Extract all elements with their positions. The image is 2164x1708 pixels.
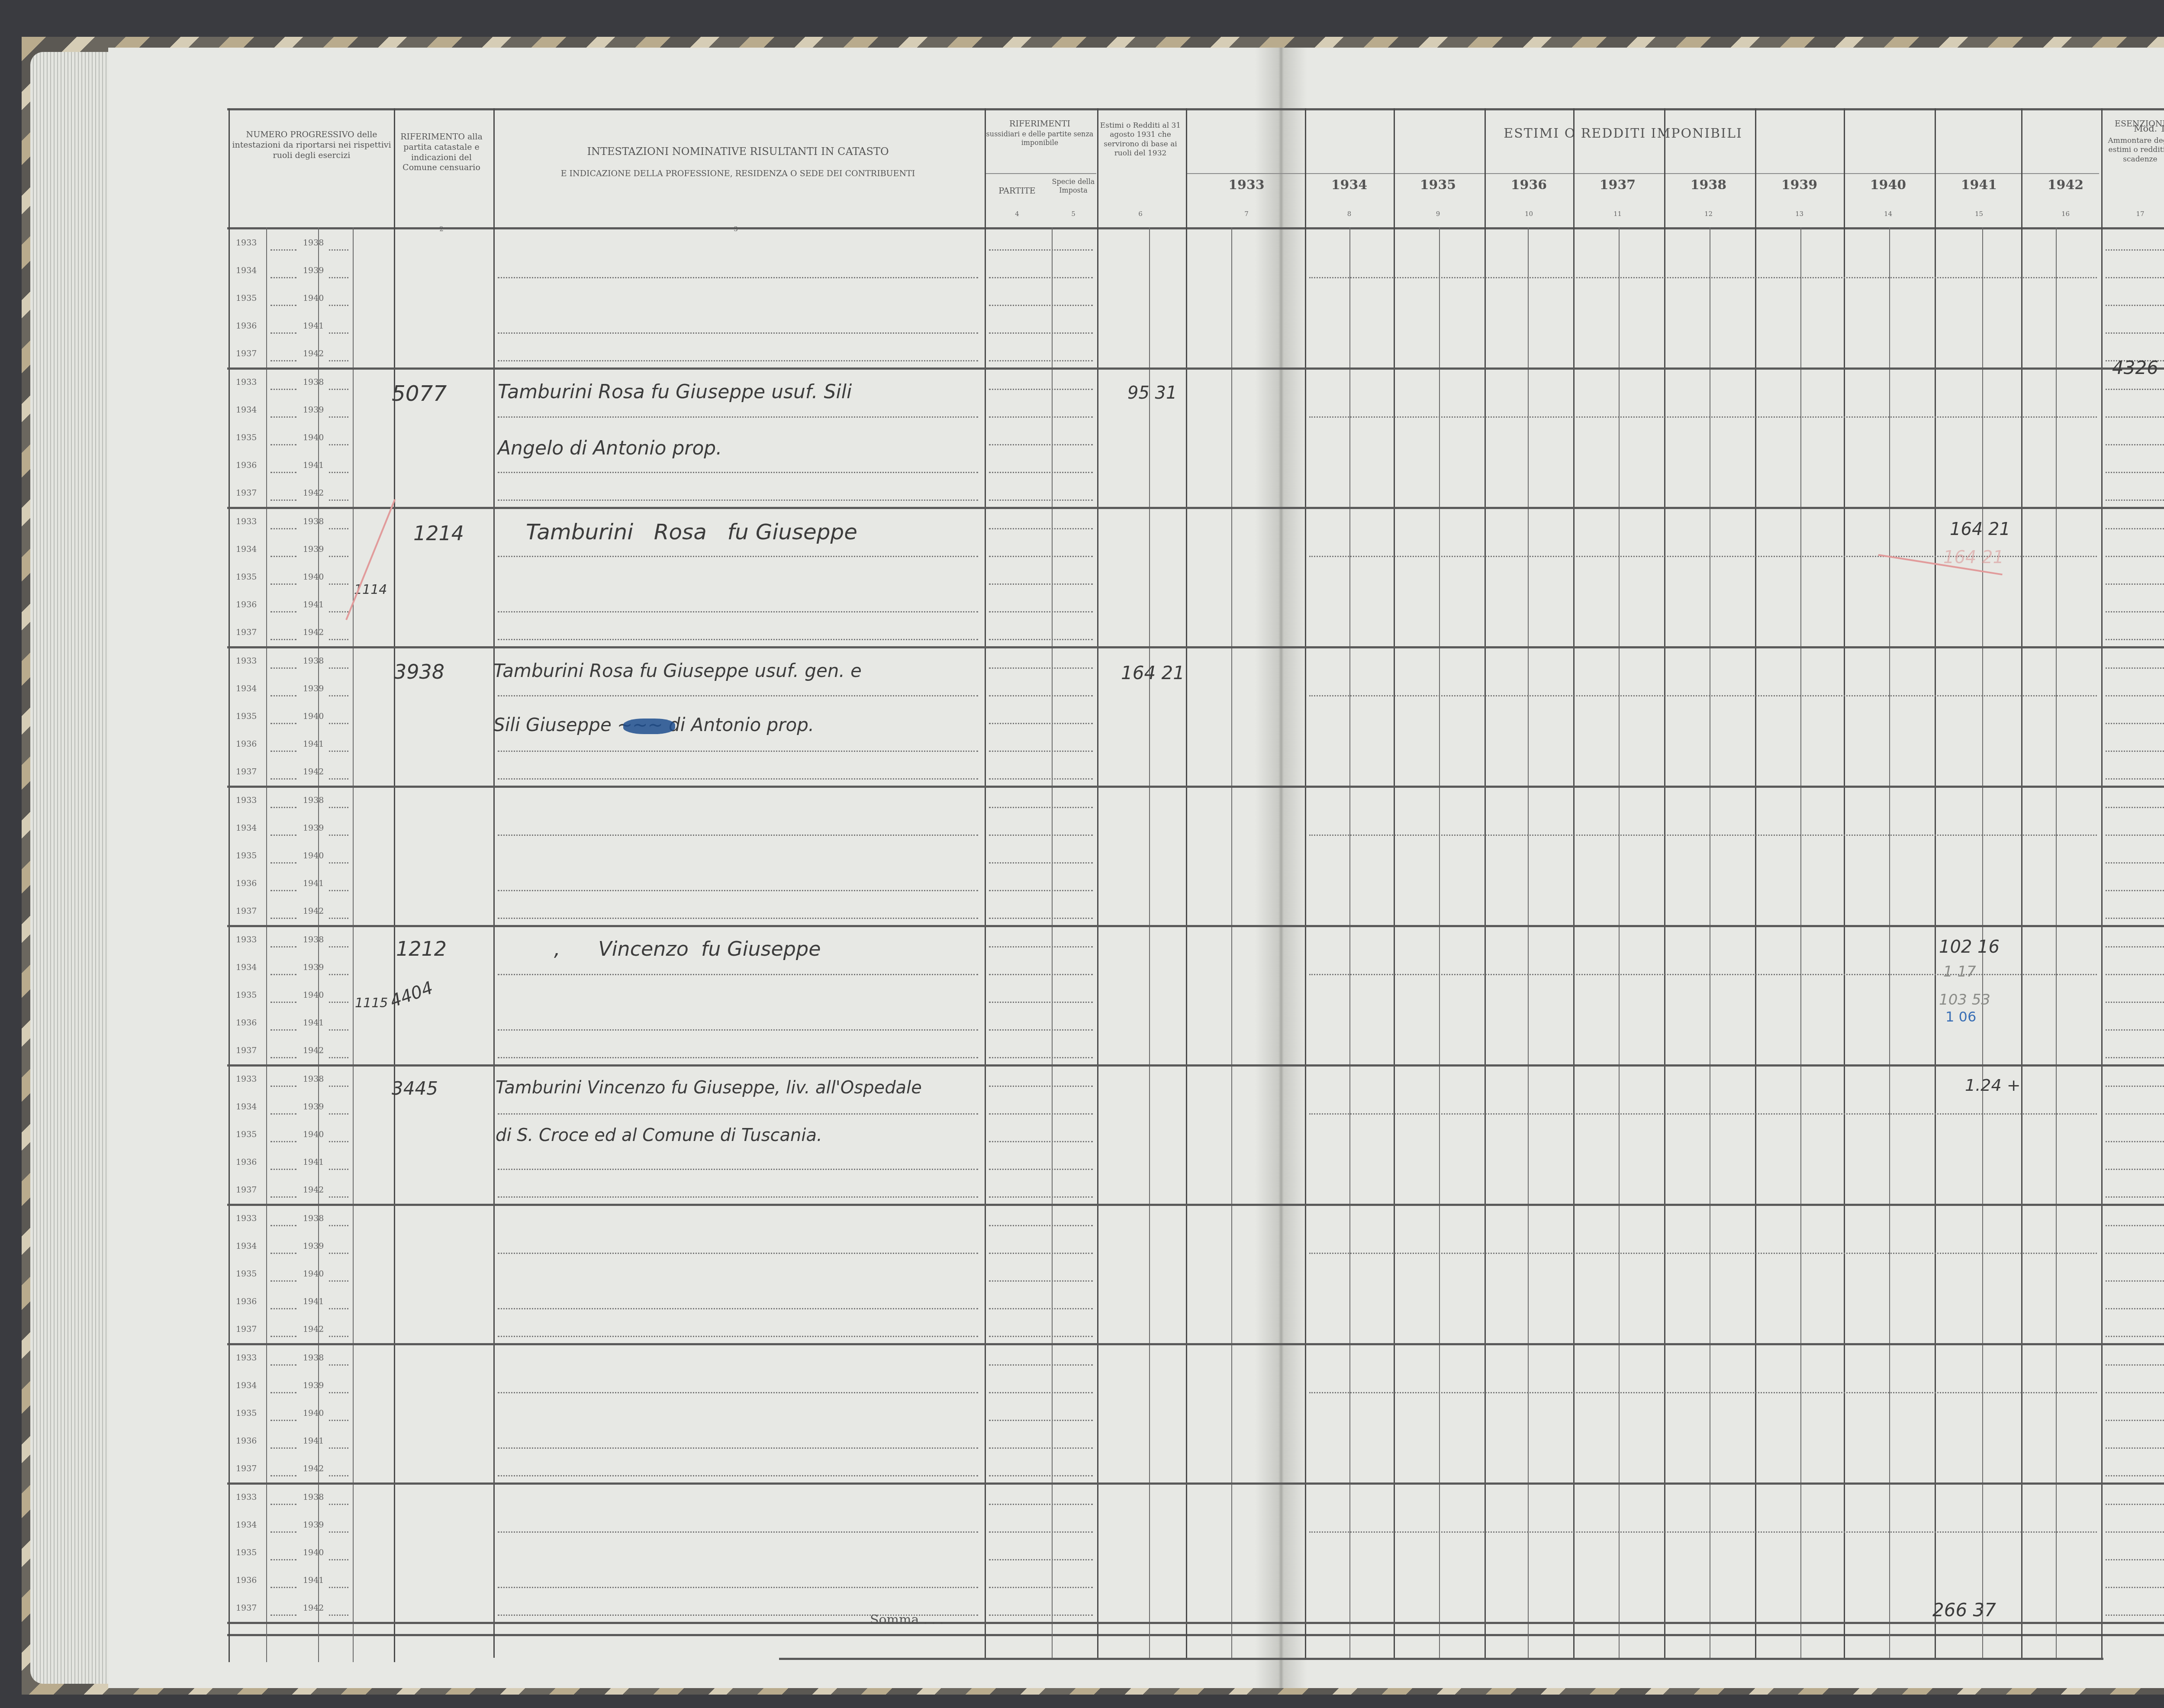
- dotted-leader: [270, 249, 296, 251]
- esenzioni-leader: [2106, 723, 2164, 724]
- column-rule: [1755, 108, 1756, 1658]
- esenzioni-leader: [2106, 1615, 2164, 1616]
- year-label-left: 1937: [236, 1046, 257, 1055]
- year-label-right: 1938: [303, 656, 324, 666]
- dotted-leader: [329, 1169, 348, 1170]
- year-label-left: 1933: [236, 1353, 257, 1363]
- dotted-leader: [270, 500, 296, 501]
- dotted-leader: [329, 1280, 348, 1282]
- partite-leader: [989, 528, 1093, 529]
- header-riferimento: RIFERIMENTO alla partita catastale e ind…: [396, 132, 487, 173]
- register-table: NUMERO PROGRESSIVO delle intestazioni da…: [0, 0, 2164, 1708]
- year-header-1938: 1938: [1666, 177, 1751, 193]
- dotted-leader: [270, 360, 296, 361]
- dotted-leader: [329, 667, 348, 669]
- year-label-left: 1933: [236, 796, 257, 805]
- partite-leader: [989, 472, 1093, 473]
- name-line: [498, 500, 978, 501]
- header-estimi-imponibili: ESTIMI O REDDITI IMPONIBILI: [1428, 126, 1818, 142]
- name-line: [498, 974, 978, 975]
- amount-leader: [1309, 695, 2097, 696]
- header-estimi-1931: Estimi o Redditi al 31 agosto 1931 che s…: [1097, 121, 1184, 158]
- year-header-1936: 1936: [1487, 177, 1571, 193]
- year-label-left: 1935: [236, 1269, 257, 1279]
- partite-leader: [989, 946, 1093, 947]
- dotted-leader: [270, 890, 296, 891]
- header-esenzioni: ESENZIONI: [2101, 119, 2164, 129]
- year-header-1941: 1941: [1937, 177, 2021, 193]
- year-label-left: 1936: [236, 879, 257, 888]
- esenzioni-leader: [2106, 1308, 2164, 1309]
- year-label-right: 1940: [303, 1548, 324, 1557]
- entry-6-name: , Vincenzo fu Giuseppe: [554, 937, 821, 960]
- name-line: [498, 751, 978, 752]
- dotted-leader: [329, 1002, 348, 1003]
- year-label-left: 1933: [236, 1214, 257, 1223]
- year-label-left: 1937: [236, 906, 257, 916]
- name-line: [498, 1587, 978, 1588]
- esenzioni-leader: [2106, 1336, 2164, 1337]
- name-line: [498, 1169, 978, 1170]
- esenzioni-leader: [2106, 472, 2164, 473]
- column-rule: [1394, 108, 1395, 1658]
- dotted-leader: [329, 835, 348, 836]
- year-label-right: 1941: [303, 461, 324, 470]
- dotted-leader: [270, 277, 296, 278]
- year-label-right: 1938: [303, 517, 324, 526]
- esenzioni-leader: [2106, 444, 2164, 445]
- dotted-leader: [329, 1113, 348, 1115]
- entry-7-name-line2: di S. Croce ed al Comune di Tuscania.: [496, 1125, 822, 1145]
- dotted-leader: [270, 639, 296, 640]
- partite-leader: [989, 667, 1093, 669]
- partite-leader: [989, 1308, 1093, 1309]
- colnum-4: 4: [1008, 210, 1026, 218]
- year-label-left: 1934: [236, 266, 257, 275]
- year-label-left: 1933: [236, 935, 257, 944]
- esenzioni-leader: [2106, 1392, 2164, 1393]
- year-label-right: 1941: [303, 879, 324, 888]
- partite-leader: [989, 1057, 1093, 1058]
- dotted-leader: [270, 444, 296, 445]
- riferimenti-split-rule: [986, 173, 1096, 174]
- partite-leader: [989, 1504, 1093, 1505]
- name-line: [498, 611, 978, 612]
- entry-7-rif: 3445: [392, 1078, 438, 1099]
- dotted-leader: [329, 249, 348, 251]
- dotted-leader: [270, 611, 296, 612]
- dotted-leader: [270, 1420, 296, 1421]
- year-label-right: 1939: [303, 545, 324, 554]
- year-label-left: 1937: [236, 349, 257, 358]
- dotted-leader: [270, 1113, 296, 1115]
- column-rule: [1097, 108, 1098, 1658]
- year-label-right: 1940: [303, 1130, 324, 1139]
- amount-leader: [1309, 1253, 2097, 1254]
- name-line: [498, 1531, 978, 1533]
- year-label-left: 1935: [236, 1548, 257, 1557]
- partite-leader: [989, 389, 1093, 390]
- year-label-left: 1937: [236, 1325, 257, 1334]
- name-line: [498, 1113, 978, 1115]
- year-label-right: 1938: [303, 935, 324, 944]
- header-numero-progressivo: NUMERO PROGRESSIVO delle intestazioni da…: [229, 130, 394, 161]
- name-line: [498, 695, 978, 696]
- dotted-leader: [329, 1531, 348, 1533]
- year-label-left: 1937: [236, 488, 257, 498]
- dotted-leader: [329, 974, 348, 975]
- year-label-right: 1942: [303, 628, 324, 637]
- partite-leader: [989, 807, 1093, 808]
- year-header-1935: 1935: [1396, 177, 1480, 193]
- esenzioni-leader: [2106, 332, 2164, 334]
- colnum-8: 8: [1307, 210, 1391, 218]
- esenzioni-leader: [2106, 751, 2164, 752]
- entry-2-name-line2: Angelo di Antonio prop.: [498, 437, 722, 459]
- header-intestazioni: INTESTAZIONI NOMINATIVE RISULTANTI IN CA…: [493, 145, 982, 158]
- somma-top-rule: [227, 1634, 2164, 1636]
- dotted-leader: [270, 1364, 296, 1366]
- year-label-left: 1933: [236, 1492, 257, 1502]
- year-label-left: 1936: [236, 739, 257, 749]
- partite-leader: [989, 1392, 1093, 1393]
- year-label-right: 1938: [303, 1492, 324, 1502]
- amount-leader: [1309, 1392, 2097, 1393]
- esenzioni-leader: [2106, 1531, 2164, 1533]
- year-label-left: 1935: [236, 712, 257, 721]
- year-label-right: 1939: [303, 266, 324, 275]
- dotted-leader: [270, 416, 296, 418]
- dotted-leader: [329, 1141, 348, 1142]
- entry-2-estimo-1932: 95 31: [1127, 383, 1177, 403]
- name-line: [498, 778, 978, 780]
- esenzioni-leader: [2106, 611, 2164, 612]
- partite-leader: [989, 444, 1093, 445]
- dotted-leader: [329, 946, 348, 947]
- dotted-leader: [270, 528, 296, 529]
- partite-leader: [989, 1086, 1093, 1087]
- year-label-right: 1942: [303, 1185, 324, 1195]
- colnum-6: 6: [1132, 210, 1149, 218]
- entry-2-name-line1: Tamburini Rosa fu Giuseppe usuf. Sili: [498, 381, 852, 403]
- year-label-left: 1937: [236, 1464, 257, 1473]
- year-label-right: 1938: [303, 1074, 324, 1084]
- esenzioni-leader: [2106, 1225, 2164, 1226]
- esenzioni-leader: [2106, 1420, 2164, 1421]
- entry-separator: [227, 1204, 2164, 1206]
- dotted-leader: [270, 305, 296, 306]
- partite-leader: [989, 416, 1093, 418]
- dotted-leader: [329, 1029, 348, 1031]
- column-rule: [493, 108, 495, 1658]
- partite-leader: [989, 277, 1093, 278]
- esenzioni-leader: [2106, 1196, 2164, 1198]
- esenzioni-leader: [2106, 1447, 2164, 1449]
- name-line: [498, 1308, 978, 1309]
- dotted-leader: [329, 1336, 348, 1337]
- partite-leader: [989, 778, 1093, 780]
- dotted-leader: [270, 1029, 296, 1031]
- year-label-right: 1939: [303, 405, 324, 415]
- dotted-leader: [329, 528, 348, 529]
- dotted-leader: [329, 1392, 348, 1393]
- esenzioni-leader: [2106, 1141, 2164, 1142]
- amount-leader: [1309, 1113, 2097, 1115]
- dotted-leader: [270, 918, 296, 919]
- dotted-leader: [270, 1141, 296, 1142]
- dotted-leader: [270, 1280, 296, 1282]
- year-label-left: 1936: [236, 1436, 257, 1446]
- year-label-right: 1941: [303, 1157, 324, 1167]
- name-line: [498, 1336, 978, 1337]
- year-label-left: 1934: [236, 1241, 257, 1251]
- name-line: [498, 416, 978, 418]
- dotted-leader: [270, 389, 296, 390]
- partite-leader: [989, 1615, 1093, 1616]
- year-label-right: 1938: [303, 796, 324, 805]
- entry-6-calc-2: 103 53: [1939, 991, 1990, 1009]
- esenzioni-leader: [2106, 1280, 2164, 1282]
- esenzioni-leader: [2106, 500, 2164, 501]
- dotted-leader: [270, 583, 296, 585]
- year-label-left: 1936: [236, 1157, 257, 1167]
- name-line: [498, 1475, 978, 1476]
- dotted-leader: [270, 723, 296, 724]
- year-label-right: 1941: [303, 1436, 324, 1446]
- esenzioni-leader: [2106, 1504, 2164, 1505]
- dotted-leader: [270, 1308, 296, 1309]
- colnum-9: 9: [1396, 210, 1480, 218]
- dotted-leader: [270, 332, 296, 334]
- esenzioni-leader: [2106, 583, 2164, 585]
- dotted-leader: [329, 416, 348, 418]
- year-label-left: 1936: [236, 461, 257, 470]
- esenzioni-leader: [2106, 807, 2164, 808]
- entry-4-rif: 3938: [394, 660, 444, 683]
- partite-leader: [989, 332, 1093, 334]
- partite-leader: [989, 1141, 1093, 1142]
- esenzioni-leader: [2106, 667, 2164, 669]
- dotted-leader: [329, 862, 348, 864]
- year-label-right: 1941: [303, 1018, 324, 1028]
- name-line: [498, 1196, 978, 1198]
- partite-leader: [989, 305, 1093, 306]
- year-label-left: 1933: [236, 238, 257, 248]
- year-label-left: 1933: [236, 656, 257, 666]
- column-rule: [229, 108, 230, 1662]
- name-line: [498, 332, 978, 334]
- year-label-left: 1936: [236, 600, 257, 609]
- column-rule: [1439, 227, 1440, 1658]
- amount-leader: [1309, 1531, 2097, 1533]
- dotted-leader: [329, 500, 348, 501]
- header-riferimenti-sub: sussidiari e delle partite senza imponib…: [985, 130, 1095, 147]
- esenzioni-leader: [2106, 1364, 2164, 1366]
- dotted-leader: [329, 1253, 348, 1254]
- header-intestazioni-sub: E INDICAZIONE DELLA PROFESSIONE, RESIDEN…: [493, 169, 982, 179]
- year-label-right: 1938: [303, 238, 324, 248]
- dotted-leader: [329, 751, 348, 752]
- amount-leader: [1309, 835, 2097, 836]
- dotted-leader: [329, 1475, 348, 1476]
- year-label-left: 1937: [236, 767, 257, 777]
- partite-leader: [989, 1587, 1093, 1588]
- column-rule: [2021, 108, 2022, 1658]
- dotted-leader: [270, 778, 296, 780]
- dotted-leader: [329, 890, 348, 891]
- colnum-13: 13: [1757, 210, 1842, 218]
- dotted-leader: [329, 695, 348, 696]
- esenzioni-leader: [2106, 556, 2164, 557]
- esenzioni-leader: [2106, 277, 2164, 278]
- year-label-right: 1939: [303, 684, 324, 693]
- esenzioni-leader: [2106, 835, 2164, 836]
- year-label-left: 1936: [236, 1018, 257, 1028]
- dotted-leader: [270, 1002, 296, 1003]
- header-esenzioni-sub: Ammontare degli estimi o redditi e scade…: [2101, 136, 2164, 164]
- dotted-leader: [329, 1559, 348, 1560]
- esenzioni-leader: [2106, 528, 2164, 529]
- dotted-leader: [329, 1196, 348, 1198]
- esenzioni-leader: [2106, 1169, 2164, 1170]
- year-label-right: 1940: [303, 712, 324, 721]
- dotted-leader: [329, 1447, 348, 1449]
- dotted-leader: [270, 667, 296, 669]
- dotted-leader: [270, 1504, 296, 1505]
- column-rule: [1231, 227, 1232, 1658]
- column-rule: [1800, 227, 1801, 1658]
- dotted-leader: [270, 1475, 296, 1476]
- column-rule: [1573, 108, 1575, 1658]
- esenzioni-leader: [2106, 389, 2164, 390]
- dotted-leader: [329, 360, 348, 361]
- dotted-leader: [270, 695, 296, 696]
- dotted-leader: [329, 277, 348, 278]
- year-label-right: 1942: [303, 488, 324, 498]
- name-line: [498, 1253, 978, 1254]
- header-bottom-rule: [227, 227, 2164, 229]
- name-line: [498, 556, 978, 557]
- year-label-left: 1937: [236, 628, 257, 637]
- dotted-leader: [329, 1308, 348, 1309]
- header-partite: PARTITE: [985, 186, 1050, 197]
- colnum-15: 15: [1937, 210, 2021, 218]
- entry-7-v1941: 1.24 +: [1965, 1076, 2021, 1095]
- year-label-right: 1938: [303, 377, 324, 387]
- header-specie: Specie della Imposta: [1052, 177, 1095, 195]
- year-label-right: 1941: [303, 600, 324, 609]
- year-label-left: 1935: [236, 851, 257, 860]
- amount-leader: [1309, 277, 2097, 278]
- column-rule: [1935, 108, 1936, 1658]
- dotted-leader: [270, 974, 296, 975]
- dotted-leader: [270, 1057, 296, 1058]
- year-label-left: 1935: [236, 572, 257, 582]
- column-rule: [353, 227, 354, 1662]
- dotted-leader: [329, 583, 348, 585]
- dotted-leader: [270, 751, 296, 752]
- column-rule: [1349, 227, 1350, 1658]
- entry-separator: [227, 367, 2164, 370]
- dotted-leader: [270, 1225, 296, 1226]
- name-line: [498, 1057, 978, 1058]
- year-label-left: 1934: [236, 545, 257, 554]
- partite-leader: [989, 1364, 1093, 1366]
- dotted-leader: [270, 1086, 296, 1087]
- column-rule: [1186, 108, 1187, 1658]
- entry-separator: [227, 646, 2164, 648]
- colnum-10: 10: [1487, 210, 1571, 218]
- column-rule: [394, 108, 395, 1662]
- dotted-leader: [329, 444, 348, 445]
- esenzioni-leader: [2106, 305, 2164, 306]
- year-label-right: 1942: [303, 349, 324, 358]
- partite-leader: [989, 611, 1093, 612]
- year-label-left: 1936: [236, 321, 257, 331]
- partite-leader: [989, 583, 1093, 585]
- dotted-leader: [270, 835, 296, 836]
- year-label-left: 1935: [236, 990, 257, 1000]
- dotted-leader: [329, 1364, 348, 1366]
- column-rule: [1528, 227, 1529, 1658]
- partite-leader: [989, 835, 1093, 836]
- partite-leader: [989, 1029, 1093, 1031]
- entry-7-name-line1: Tamburini Vincenzo fu Giuseppe, liv. all…: [496, 1078, 922, 1098]
- table-top-rule: [227, 108, 2164, 110]
- dotted-leader: [270, 1253, 296, 1254]
- year-label-left: 1937: [236, 1603, 257, 1613]
- esenzioni-leader: [2106, 862, 2164, 864]
- dotted-leader: [329, 332, 348, 334]
- year-label-right: 1942: [303, 1325, 324, 1334]
- partite-leader: [989, 751, 1093, 752]
- partite-leader: [989, 1002, 1093, 1003]
- partite-leader: [989, 1280, 1093, 1282]
- header-riferimenti: RIFERIMENTI: [985, 119, 1095, 129]
- dotted-leader: [329, 1420, 348, 1421]
- entry-3-v1941-red: 164 21: [1943, 548, 2004, 567]
- partite-leader: [989, 1113, 1093, 1115]
- partite-leader: [989, 1225, 1093, 1226]
- dotted-leader: [329, 1225, 348, 1226]
- column-rule: [985, 108, 986, 1658]
- name-line: [498, 1392, 978, 1393]
- esenzioni-leader: [2106, 890, 2164, 891]
- year-label-left: 1937: [236, 1185, 257, 1195]
- year-label-right: 1940: [303, 433, 324, 442]
- dotted-leader: [329, 305, 348, 306]
- dotted-leader: [329, 1587, 348, 1588]
- year-header-1934: 1934: [1307, 177, 1391, 193]
- year-label-left: 1934: [236, 1381, 257, 1390]
- year-label-left: 1935: [236, 293, 257, 303]
- year-label-right: 1941: [303, 1576, 324, 1585]
- partite-leader: [989, 639, 1093, 640]
- name-line: [498, 890, 978, 891]
- dotted-leader: [329, 556, 348, 557]
- esenzioni-leader: [2106, 1057, 2164, 1058]
- colnum-12: 12: [1666, 210, 1751, 218]
- year-label-right: 1941: [303, 1297, 324, 1306]
- column-rule: [2101, 108, 2103, 1658]
- esenzioni-leader: [2106, 639, 2164, 640]
- colnum-11: 11: [1575, 210, 1660, 218]
- dotted-leader: [270, 1392, 296, 1393]
- partite-leader: [989, 500, 1093, 501]
- dotted-leader: [329, 611, 348, 612]
- partite-leader: [989, 890, 1093, 891]
- dotted-leader: [270, 1196, 296, 1198]
